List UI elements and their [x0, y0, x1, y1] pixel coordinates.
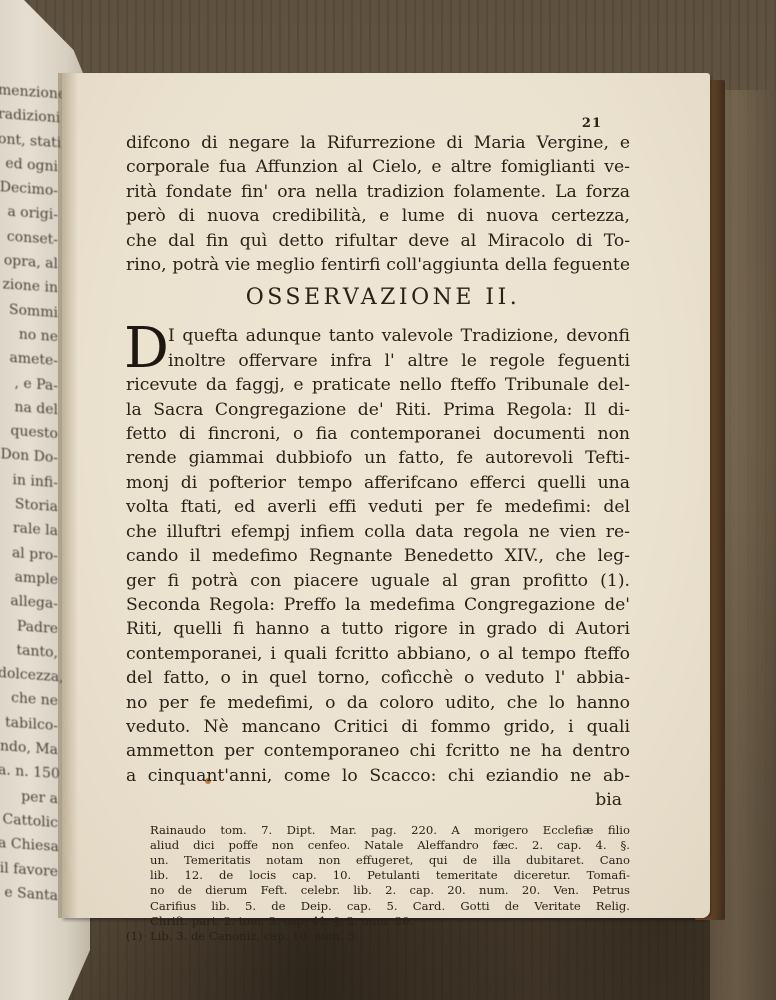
text-line: però di nuova credibilità, e lume di nuo… [126, 204, 630, 228]
footnote-marker: (1) [126, 929, 140, 944]
page-number: 21 [582, 116, 602, 131]
footnote-line: aliud dici poffe non cenfeo. Natale Alef… [126, 838, 630, 853]
text-line: I quefta adunque tanto valevole Tradizio… [126, 324, 630, 348]
left-page-fragment: Sommi [0, 297, 58, 325]
page-content: 21 difcono di negare la Rifurrezione di … [126, 109, 630, 944]
footnote-line: lib. 12. de locis cap. 10. Petulanti tem… [126, 868, 630, 883]
left-page-fragment: dolcezza, [0, 661, 58, 689]
footnote-line: Carifius lib. 5. de Deip. cap. 5. Card. … [126, 899, 630, 914]
left-page-fragment: a Chiesa [0, 831, 58, 859]
footnote-line: Rainaudo tom. 7. Dipt. Mar. pag. 220. A … [126, 823, 630, 838]
left-page-fragment: il favore [0, 856, 58, 884]
catchword: bia [126, 788, 630, 812]
left-page-text: menzioneradizioniont, statied ogniDecimo… [0, 78, 58, 908]
left-page-fragment: Don Do- [0, 442, 58, 470]
text-line: la Sacra Congregazione de' Riti. Prima R… [126, 398, 630, 422]
footnotes: Rainaudo tom. 7. Dipt. Mar. pag. 220. A … [126, 823, 630, 945]
text-line: Seconda Regola: Preffo la medefima Congr… [126, 593, 630, 617]
text-line: inoltre offervare infra l' altre le rego… [126, 349, 630, 373]
text-line: del fatto, o in quel torno, cofìcchè o v… [126, 666, 630, 690]
left-page-fragment: a. n. 150 [0, 758, 58, 786]
section-title: OSSERVAZIONE II. [136, 285, 630, 310]
footnote-line: un. Temeritatis notam non effugeret, qui… [126, 853, 630, 868]
dropcap-block: D I quefta adunque tanto valevole Tradiz… [126, 324, 630, 373]
text-line: ammetton per contemporaneo chi fcritto n… [126, 739, 630, 763]
text-line: rità fondate fin' ora nella tradizion fo… [126, 180, 630, 204]
gutter-shadow [58, 73, 78, 918]
text-line: contemporanei, i quali fcritto abbiano, … [126, 642, 630, 666]
footnote-line: no de dierum Feft. celebr. lib. 2. cap. … [126, 883, 630, 898]
text-line: no per fe medefimi, o da coloro udito, c… [126, 691, 630, 715]
text-line: Riti, quelli fi hanno a tutto rigore in … [126, 617, 630, 641]
right-page: 21 difcono di negare la Rifurrezione di … [62, 73, 710, 918]
text-line: difcono di negare la Rifurrezione di Mar… [126, 131, 630, 155]
left-page-fragment: radizioni [0, 102, 58, 130]
text-line: cando il medefimo Regnante Benedetto XIV… [126, 544, 630, 568]
text-line: volta ftati, ed averli effi veduti per f… [126, 495, 630, 519]
text-line: rino, potrà vie meglio fentirfi coll'agg… [126, 253, 630, 277]
left-page-fragment: e Santa [0, 880, 58, 908]
drop-cap: D [124, 325, 169, 373]
section-paragraph: D I quefta adunque tanto valevole Tradiz… [126, 324, 630, 812]
footnote-1: (1) Lib. 3. de Canoniz. cap. 10. num. 5. [126, 929, 630, 944]
text-line: a cinquant'anni, come lo Scacco: chi ezi… [126, 764, 630, 788]
text-line: fetto di fincroni, o fia contemporanei d… [126, 422, 630, 446]
left-page-fragment: a origi- [0, 199, 58, 227]
text-line: che illuftri efempj infiem colla data re… [126, 520, 630, 544]
footnote-line: Chrift. part. 2. tom. 3. cap. 41. §. 2. … [126, 914, 630, 929]
text-line: ricevute da faggj, e praticate nello fte… [126, 373, 630, 397]
left-page-fragment: zione in [0, 272, 58, 300]
text-line: veduto. Nè mancano Critici di fommo grid… [126, 715, 630, 739]
left-page-fragment: amete- [0, 345, 58, 373]
opening-paragraph: difcono di negare la Rifurrezione di Mar… [126, 131, 630, 277]
footnote-text: Lib. 3. de Canoniz. cap. 10. num. 5. [150, 929, 358, 944]
text-line: ger fi potrà con piacere uguale al gran … [126, 569, 630, 593]
text-line: rende giammai dubbiofo un fatto, fe auto… [126, 446, 630, 470]
text-line: corporale fua Affunzion al Cielo, e altr… [126, 155, 630, 179]
text-line: che dal fin quì detto rifultar deve al M… [126, 229, 630, 253]
text-line: monj di pofterior tempo afferifcano effe… [126, 471, 630, 495]
